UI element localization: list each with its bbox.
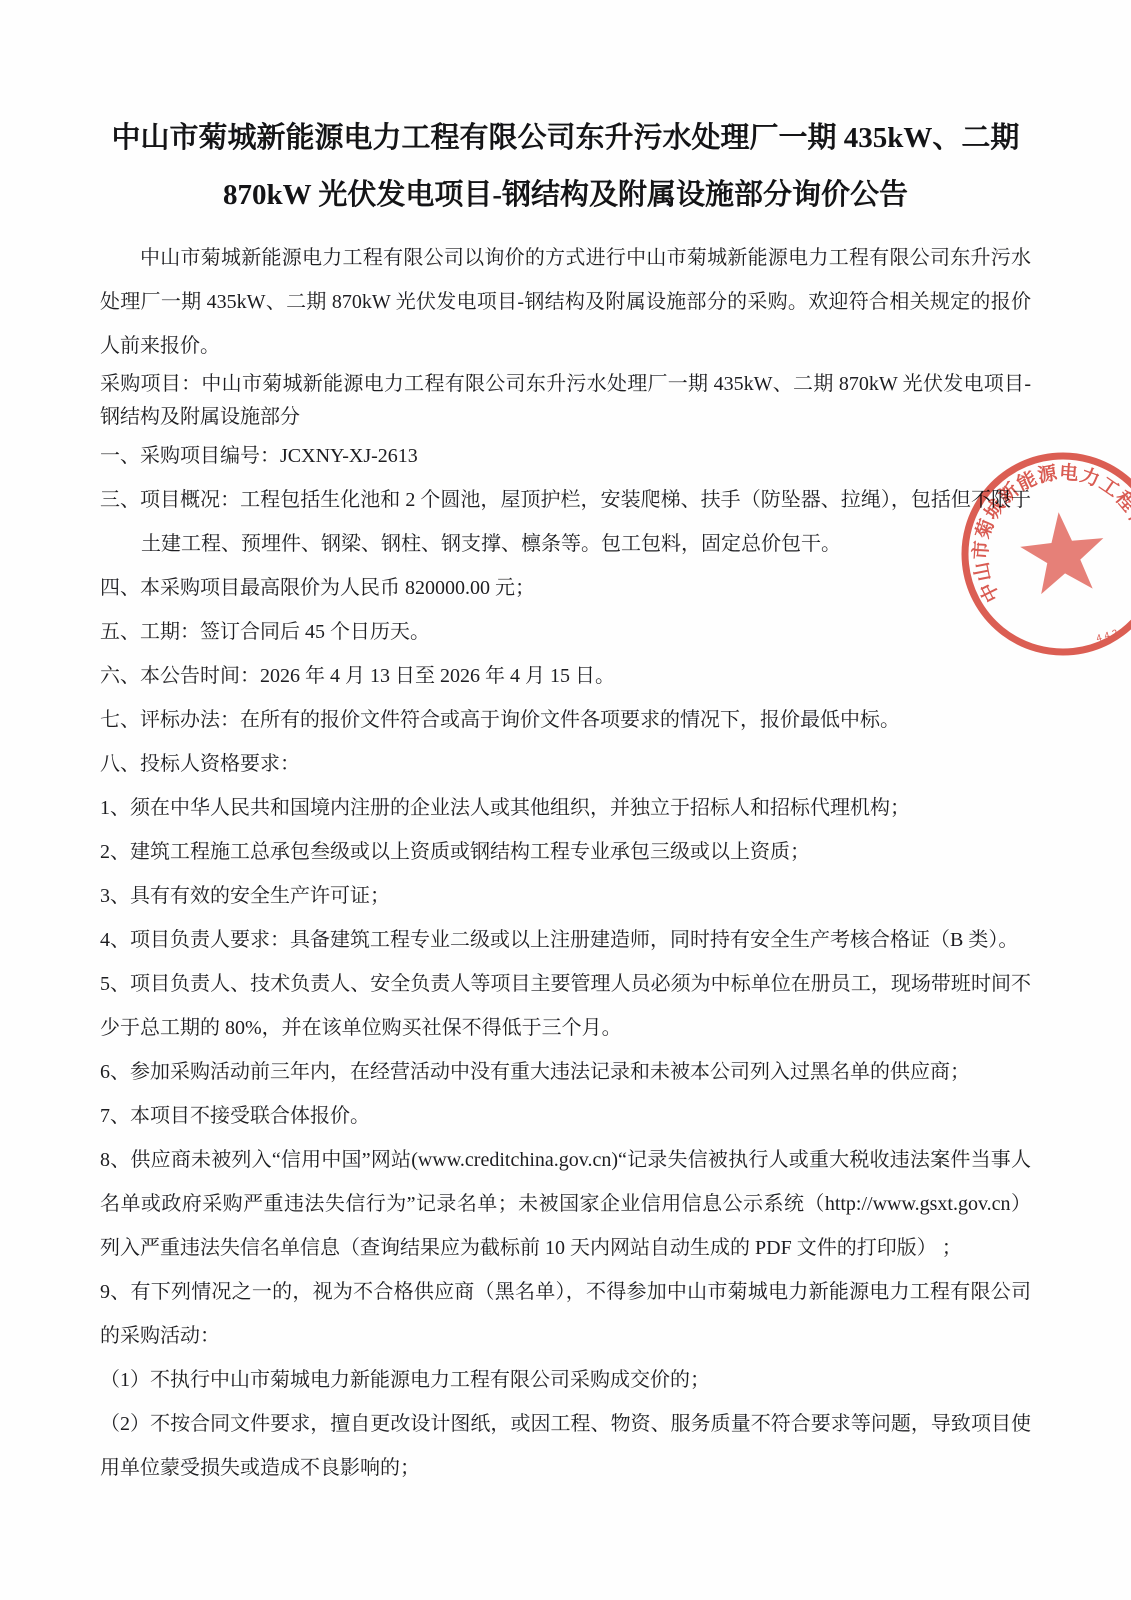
paragraph-14: 3、具有有效的安全生产许可证； (100, 874, 1031, 918)
paragraph-21: （1）不执行中山市菊城电力新能源电力工程有限公司采购成交价的； (100, 1358, 1031, 1402)
star-icon (1017, 508, 1108, 596)
paragraph-20: 9、有下列情况之一的，视为不合格供应商（黑名单），不得参加中山市菊城电力新能源电… (100, 1270, 1031, 1358)
company-seal: 中山市菊城新能源电力工程有限公司 442 (947, 438, 1131, 671)
paragraph-11: 八、投标人资格要求： (100, 742, 1031, 786)
document-body: 中山市菊城新能源电力工程有限公司东升污水处理厂一期 435kW、二期870kW … (100, 110, 1031, 1490)
paragraph-19: 8、供应商未被列入“信用中国”网站(www.creditchina.gov.cn… (100, 1138, 1031, 1270)
paragraph-2: 870kW 光伏发电项目-钢结构及附属设施部分询价公告 (100, 167, 1031, 224)
paragraph-5: 一、采购项目编号：JCXNY-XJ-2613 (100, 434, 1031, 478)
seal-graphic: 中山市菊城新能源电力工程有限公司 442 (947, 438, 1131, 671)
paragraph-9: 六、本公告时间：2026 年 4 月 13 日至 2026 年 4 月 15 日… (100, 654, 1031, 698)
paragraph-3: 中山市菊城新能源电力工程有限公司以询价的方式进行中山市菊城新能源电力工程有限公司… (100, 236, 1031, 368)
paragraph-1: 中山市菊城新能源电力工程有限公司东升污水处理厂一期 435kW、二期 (100, 110, 1031, 167)
paragraph-12: 1、须在中华人民共和国境内注册的企业法人或其他组织，并独立于招标人和招标代理机构… (100, 786, 1031, 830)
paragraph-16: 5、项目负责人、技术负责人、安全负责人等项目主要管理人员必须为中标单位在册员工，… (100, 962, 1031, 1050)
scanned-document-page: 中山市菊城新能源电力工程有限公司东升污水处理厂一期 435kW、二期870kW … (0, 0, 1131, 1600)
paragraph-18: 7、本项目不接受联合体报价。 (100, 1094, 1031, 1138)
paragraph-7: 四、本采购项目最高限价为人民币 820000.00 元； (100, 566, 1031, 610)
paragraph-4: 采购项目：中山市菊城新能源电力工程有限公司东升污水处理厂一期 435kW、二期 … (100, 368, 1031, 434)
paragraph-17: 6、参加采购活动前三年内，在经营活动中没有重大违法记录和未被本公司列入过黑名单的… (100, 1050, 1031, 1094)
paragraph-13: 2、建筑工程施工总承包叁级或以上资质或钢结构工程专业承包三级或以上资质； (100, 830, 1031, 874)
paragraph-22: （2）不按合同文件要求，擅自更改设计图纸，或因工程、物资、服务质量不符合要求等问… (100, 1402, 1031, 1490)
paragraph-6: 三、项目概况：工程包括生化池和 2 个圆池，屋顶护栏，安装爬梯、扶手（防坠器、拉… (100, 478, 1031, 566)
paragraph-10: 七、评标办法：在所有的报价文件符合或高于询价文件各项要求的情况下，报价最低中标。 (100, 698, 1031, 742)
paragraph-15: 4、项目负责人要求：具备建筑工程专业二级或以上注册建造师，同时持有安全生产考核合… (100, 918, 1031, 962)
paragraph-8: 五、工期：签订合同后 45 个日历天。 (100, 610, 1031, 654)
